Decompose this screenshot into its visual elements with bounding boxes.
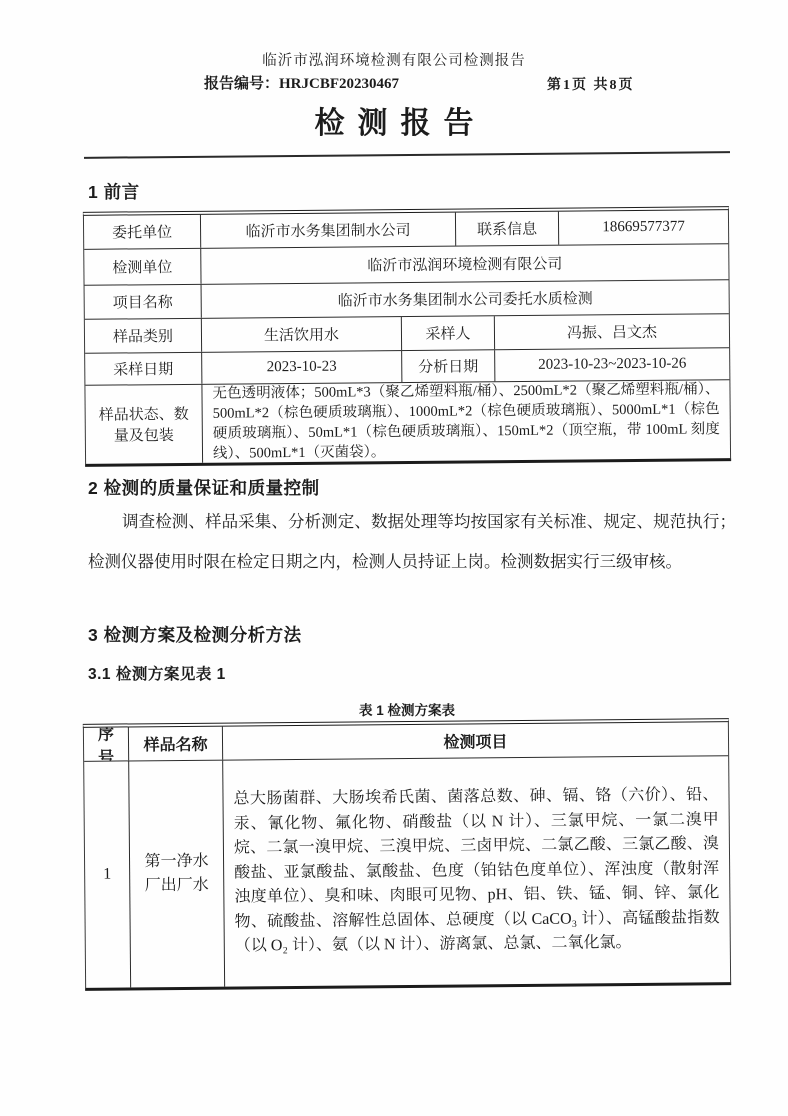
sample-type-value-cell: 生活饮用水 [202, 317, 402, 352]
analysis-date-label-cell: 分析日期 [402, 350, 495, 382]
sampler-label-cell: 采样人 [402, 316, 495, 350]
sample-name-cell: 第一净水厂出厂水 [129, 761, 225, 988]
report-title: 检测报告 [0, 98, 788, 142]
col-header-no: 序号 [84, 727, 129, 760]
page-indicator: 第1页 共8页 [547, 74, 635, 94]
section-1-heading: 1 前言 [88, 179, 140, 204]
title-divider-rule [84, 151, 730, 159]
qa-paragraph: 调查检测、样品采集、分析测定、数据处理等均按国家有关标准、规定、规范执行；检测仪… [88, 502, 736, 582]
contact-label-cell: 联系信息 [456, 212, 559, 246]
project-value-cell: 临沂市水务集团制水公司委托水质检测 [202, 280, 729, 318]
sampler-value-cell: 冯振、吕文杰 [495, 314, 729, 349]
table-row: 1 第一净水厂出厂水 总大肠菌群、大肠埃希氏菌、菌落总数、砷、镉、铬（六价）、铅… [84, 756, 730, 988]
client-label-cell: 委托单位 [84, 215, 201, 249]
report-number-value: HRJCBF20230467 [279, 76, 399, 92]
report-number-line: 报告编号：HRJCBF20230467 [204, 72, 399, 93]
sample-state-value-cell: 无色透明液体；500mL*3（聚乙烯塑料瓶/桶）、2500mL*2（聚乙烯塑料瓶… [202, 380, 730, 463]
sample-type-label-cell: 样品类别 [85, 319, 202, 353]
analysis-date-value-cell: 2023-10-23~2023-10-26 [495, 348, 729, 381]
row-no-cell: 1 [84, 761, 131, 987]
table-row: 项目名称 临沂市水务集团制水公司委托水质检测 [85, 280, 729, 320]
project-label-cell: 项目名称 [85, 285, 202, 319]
table-header-row: 序号 样品名称 检测项目 [84, 722, 728, 762]
client-value-cell: 临沂市水务集团制水公司 [201, 213, 456, 248]
sampling-date-value-cell: 2023-10-23 [202, 351, 402, 384]
col-header-sample-name: 样品名称 [129, 727, 223, 761]
sampling-date-label-cell: 采样日期 [85, 353, 202, 385]
report-number-label: 报告编号： [204, 76, 279, 92]
page-header-line: 临沂市泓润环境检测有限公司检测报告 [0, 49, 788, 70]
test-plan-table: 序号 样品名称 检测项目 1 第一净水厂出厂水 总大肠菌群、大肠埃希氏菌、菌落总… [83, 718, 731, 991]
section-3-heading: 3 检测方案及检测分析方法 [88, 622, 302, 647]
lab-label-cell: 检测单位 [84, 249, 201, 285]
report-page: 临沂市泓润环境检测有限公司检测报告 报告编号：HRJCBF20230467 第1… [0, 0, 788, 1116]
preface-info-table: 委托单位 临沂市水务集团制水公司 联系信息 18669577377 检测单位 临… [83, 206, 731, 467]
table-row: 样品状态、数量及包装 无色透明液体；500mL*3（聚乙烯塑料瓶/桶）、2500… [85, 380, 730, 464]
table-row: 检测单位 临沂市泓润环境检测有限公司 [84, 244, 728, 286]
contact-value-cell: 18669577377 [559, 210, 728, 244]
lab-value-cell: 临沂市泓润环境检测有限公司 [201, 244, 728, 284]
table-1-caption: 表 1 检测方案表 [84, 699, 730, 719]
col-header-test-items: 检测项目 [223, 722, 728, 759]
section-2-heading: 2 检测的质量保证和质量控制 [88, 475, 320, 500]
section-3-1-subheading: 3.1 检测方案见表 1 [88, 662, 226, 684]
table-row: 委托单位 临沂市水务集团制水公司 联系信息 18669577377 [84, 210, 728, 250]
sample-state-label-cell: 样品状态、数量及包装 [85, 385, 203, 464]
table-row: 样品类别 生活饮用水 采样人 冯振、吕文杰 [85, 314, 729, 354]
test-items-cell: 总大肠菌群、大肠埃希氏菌、菌落总数、砷、镉、铬（六价）、铅、汞、氰化物、氟化物、… [223, 756, 730, 986]
